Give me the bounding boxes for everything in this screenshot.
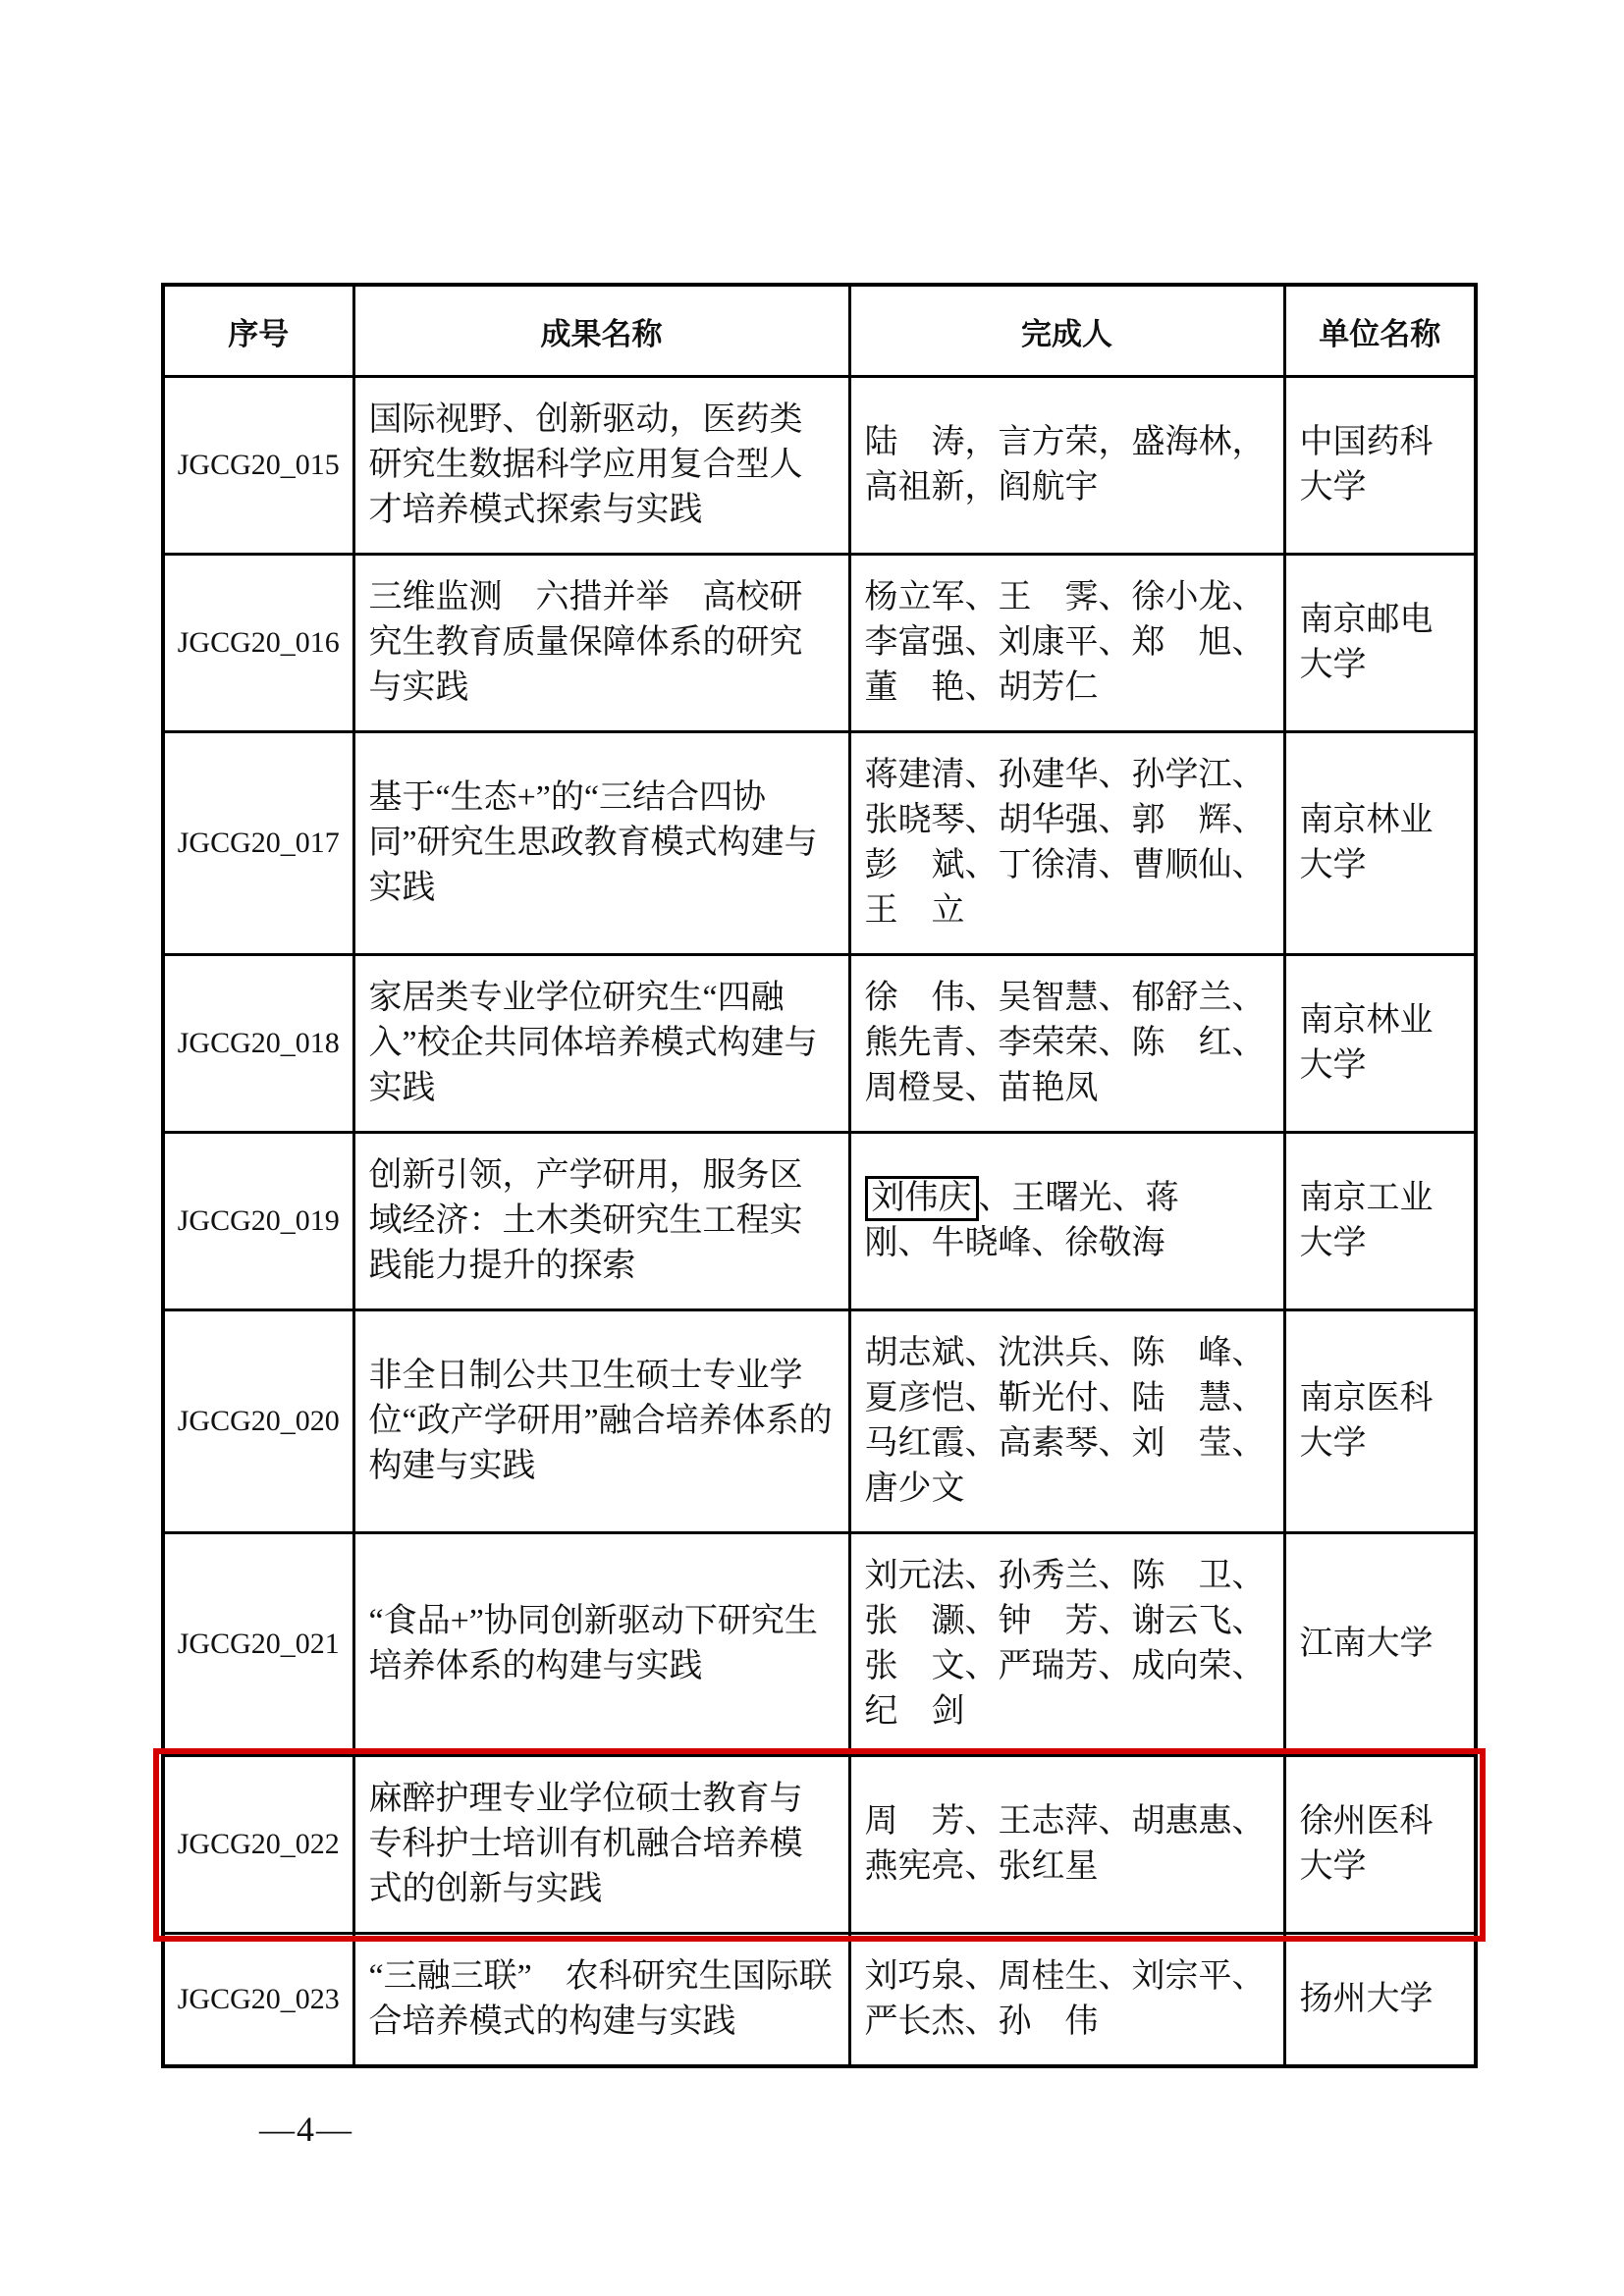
table-row: JGCG20_017基于“生态+”的“三结合四协同”研究生思政教育模式构建与实践… [163, 732, 1476, 955]
table-row: JGCG20_016三维监测 六措并举 高校研究生教育质量保障体系的研究与实践杨… [163, 555, 1476, 732]
col-header-org: 单位名称 [1284, 285, 1476, 377]
cell-achievement-title: 基于“生态+”的“三结合四协同”研究生思政教育模式构建与实践 [353, 732, 849, 955]
cell-organization: 南京邮电大学 [1284, 555, 1476, 732]
table-row: JGCG20_020非全日制公共卫生硕士专业学位“政产学研用”融合培养体系的构建… [163, 1310, 1476, 1533]
cell-serial-number: JGCG20_016 [163, 555, 353, 732]
table-row: JGCG20_023“三融三联” 农科研究生国际联合培养模式的构建与实践刘巧泉、… [163, 1934, 1476, 2067]
cell-serial-number: JGCG20_021 [163, 1533, 353, 1756]
table-row: JGCG20_019创新引领，产学研用，服务区域经济：土木类研究生工程实践能力提… [163, 1133, 1476, 1310]
cell-authors: 胡志斌、沈洪兵、陈 峰、夏彦恺、靳光付、陆 慧、马红霞、高素琴、刘 莹、唐少文 [849, 1310, 1284, 1533]
cell-organization: 南京林业大学 [1284, 732, 1476, 955]
cell-organization: 南京工业大学 [1284, 1133, 1476, 1310]
results-table-header: 序号 成果名称 完成人 单位名称 [163, 285, 1476, 377]
cell-serial-number: JGCG20_022 [163, 1756, 353, 1934]
cell-authors: 周 芳、王志萍、胡惠惠、燕宪亮、张红星 [849, 1756, 1284, 1934]
cell-organization: 徐州医科大学 [1284, 1756, 1476, 1934]
cell-authors: 徐 伟、吴智慧、郁舒兰、熊先青、李荣荣、陈 红、周橙旻、苗艳凤 [849, 955, 1284, 1133]
table-row: JGCG20_015国际视野、创新驱动，医药类研究生数据科学应用复合型人才培养模… [163, 377, 1476, 555]
cell-serial-number: JGCG20_020 [163, 1310, 353, 1533]
cell-authors: 陆 涛，言方荣，盛海林，高祖新，阎航宇 [849, 377, 1284, 555]
cell-serial-number: JGCG20_019 [163, 1133, 353, 1310]
cell-authors: 刘巧泉、周桂生、刘宗平、严长杰、孙 伟 [849, 1934, 1284, 2067]
table-row: JGCG20_021“食品+”协同创新驱动下研究生培养体系的构建与实践刘元法、孙… [163, 1533, 1476, 1756]
cell-organization: 南京医科大学 [1284, 1310, 1476, 1533]
results-table: 序号 成果名称 完成人 单位名称 JGCG20_015国际视野、创新驱动，医药类… [161, 283, 1478, 2068]
cell-achievement-title: 国际视野、创新驱动，医药类研究生数据科学应用复合型人才培养模式探索与实践 [353, 377, 849, 555]
boxed-author-name: 刘伟庆 [865, 1176, 979, 1221]
page-number: —4— [259, 2109, 353, 2150]
cell-organization: 扬州大学 [1284, 1934, 1476, 2067]
cell-achievement-title: 家居类专业学位研究生“四融入”校企共同体培养模式构建与实践 [353, 955, 849, 1133]
cell-serial-number: JGCG20_015 [163, 377, 353, 555]
cell-organization: 南京林业大学 [1284, 955, 1476, 1133]
col-header-title: 成果名称 [353, 285, 849, 377]
cell-achievement-title: 麻醉护理专业学位硕士教育与专科护士培训有机融合培养模式的创新与实践 [353, 1756, 849, 1934]
header-row: 序号 成果名称 完成人 单位名称 [163, 285, 1476, 377]
cell-achievement-title: 三维监测 六措并举 高校研究生教育质量保障体系的研究与实践 [353, 555, 849, 732]
results-table-body: JGCG20_015国际视野、创新驱动，医药类研究生数据科学应用复合型人才培养模… [163, 377, 1476, 2067]
cell-achievement-title: 创新引领，产学研用，服务区域经济：土木类研究生工程实践能力提升的探索 [353, 1133, 849, 1310]
cell-achievement-title: “三融三联” 农科研究生国际联合培养模式的构建与实践 [353, 1934, 849, 2067]
cell-organization: 中国药科大学 [1284, 377, 1476, 555]
cell-authors: 杨立军、王 霁、徐小龙、李富强、刘康平、郑 旭、董 艳、胡芳仁 [849, 555, 1284, 732]
cell-achievement-title: 非全日制公共卫生硕士专业学位“政产学研用”融合培养体系的构建与实践 [353, 1310, 849, 1533]
cell-achievement-title: “食品+”协同创新驱动下研究生培养体系的构建与实践 [353, 1533, 849, 1756]
cell-authors: 刘元法、孙秀兰、陈 卫、张 灏、钟 芳、谢云飞、张 文、严瑞芳、成向荣、纪 剑 [849, 1533, 1284, 1756]
cell-authors: 蒋建清、孙建华、孙学江、张晓琴、胡华强、郭 辉、彭 斌、丁徐清、曹顺仙、王 立 [849, 732, 1284, 955]
cell-serial-number: JGCG20_017 [163, 732, 353, 955]
col-header-authors: 完成人 [849, 285, 1284, 377]
document-page: 序号 成果名称 完成人 单位名称 JGCG20_015国际视野、创新驱动，医药类… [0, 0, 1624, 2296]
table-row: JGCG20_022麻醉护理专业学位硕士教育与专科护士培训有机融合培养模式的创新… [163, 1756, 1476, 1934]
table-row: JGCG20_018家居类专业学位研究生“四融入”校企共同体培养模式构建与实践徐… [163, 955, 1476, 1133]
cell-authors: 刘伟庆、王曙光、蒋 刚、牛晓峰、徐敬海 [849, 1133, 1284, 1310]
cell-organization: 江南大学 [1284, 1533, 1476, 1756]
col-header-serial: 序号 [163, 285, 353, 377]
cell-serial-number: JGCG20_018 [163, 955, 353, 1133]
cell-serial-number: JGCG20_023 [163, 1934, 353, 2067]
